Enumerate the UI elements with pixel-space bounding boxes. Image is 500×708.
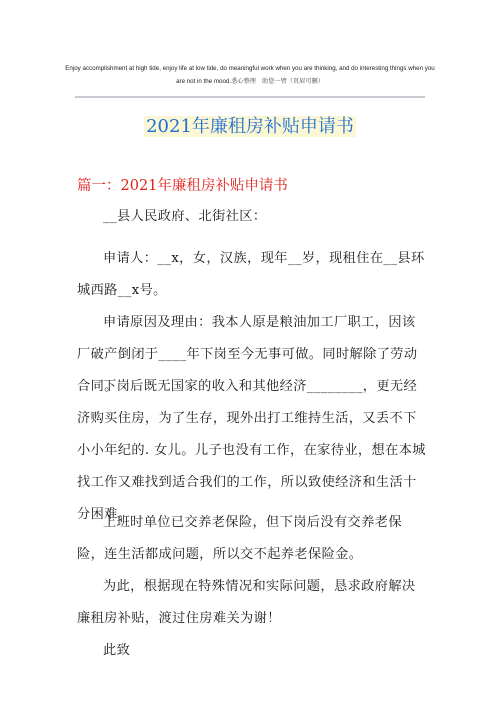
salutation: __县人民政府、北街社区：: [77, 201, 427, 233]
document-title: 2021年廉租房补贴申请书: [0, 114, 500, 140]
closing-paragraph: 此致: [77, 635, 427, 667]
insurance-paragraph: 上班时单位已交养老保险，但下岗后没有交养老保险，连生活都成问题，所以交不起养老保…: [77, 507, 427, 571]
document-title-text: 2021年廉租房补贴申请书: [144, 116, 356, 137]
page-header: Enjoy accomplishment at high tide, enjoy…: [60, 62, 440, 88]
header-divider: [75, 96, 425, 98]
applicant-paragraph: 申请人：__x，女，汉族，现年__岁，现租住在__县环城西路__x号。: [77, 243, 427, 307]
section-heading: 篇一：2021年廉租房补贴申请书: [77, 174, 288, 195]
request-paragraph: 为此，根据现在特殊情况和实际问题，恳求政府解决廉租房补贴，渡过住房难关为谢！: [77, 571, 427, 635]
header-note: 悉心整理 助您一臂（页眉可删）: [231, 78, 324, 85]
